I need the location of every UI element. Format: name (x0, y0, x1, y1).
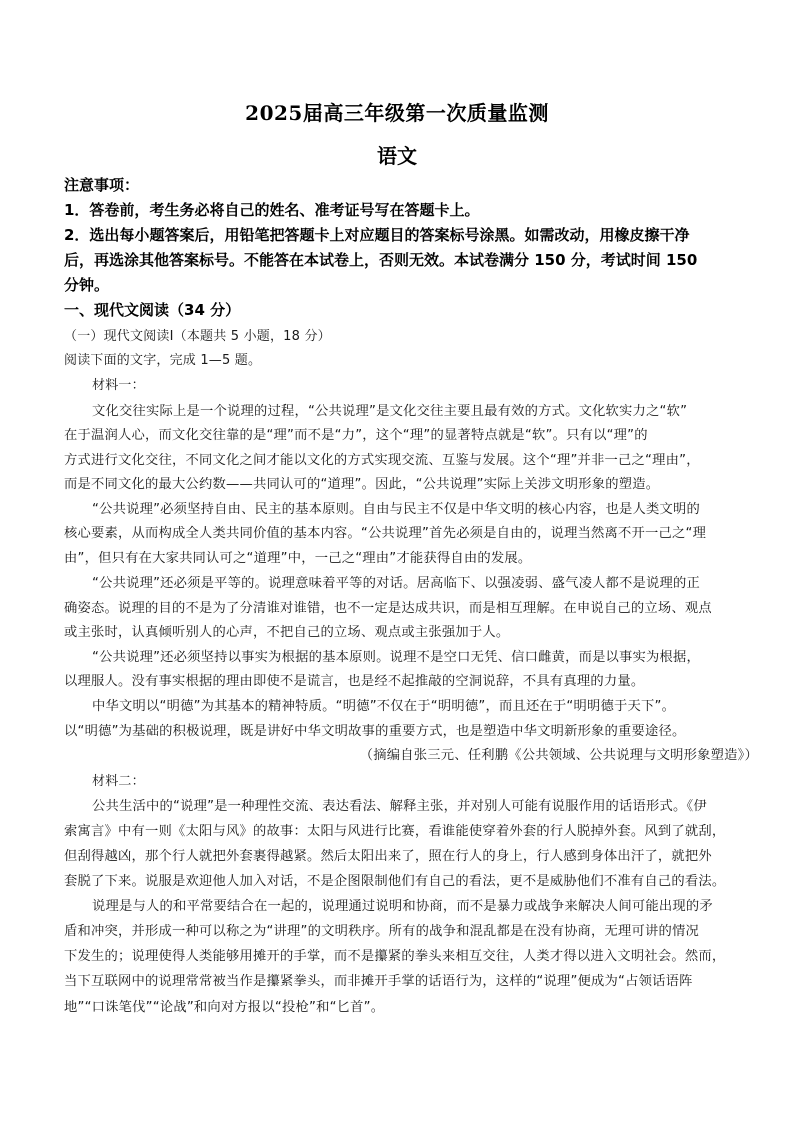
material1-line: 中华文明以“明德”为其基本的精神特质。“明德”不仅在于“明明德”，而且还在于“明… (92, 695, 675, 714)
notice-line-1: 1．答卷前，考生务必将自己的姓名、准考证号写在答题卡上。 (64, 199, 479, 220)
material2-line: 当下互联网中的说理常常被当作是攥紧拳头，而非摊开手掌的话语行为，这样的“说理”便… (64, 970, 693, 989)
material2-line: 地”“口诛笔伐”“论战”和向对方报以“投枪”和“匕首”。 (64, 996, 384, 1015)
material1-line: 方式进行文化交往，不同文化之间才能以文化的方式实现交流、互鉴与发展。这个“理”并… (64, 449, 700, 468)
material2-line: 下发生的；说理使得人类能够用摊开的手掌，而不是攥紧的拳头来相互交往，人类才得以进… (64, 945, 725, 964)
material2-label: 材料二： (92, 770, 145, 789)
material2-line: 说理是与人的和平常要结合在一起的，说理通过说明和协商，而不是暴力或战争来解决人间… (92, 895, 713, 914)
material1-line: “公共说理”还必须坚持以事实为根据的基本原则。说理不是空口无凭、信口雌黄，而是以… (92, 646, 700, 665)
notice-line-4: 分钟。 (64, 274, 109, 295)
material1-line: 或主张时，认真倾听别人的心声，不把自己的立场、观点或主张强加于人。 (64, 621, 509, 640)
material1-line: 在于温润人心，而文化交往靠的是“理”而不是“力”，这个“理”的显著特点就是“软”… (64, 424, 648, 443)
material1-line: 由”，但只有在大家共同认可之“道理”中，一己之“理由”才能获得自由的发展。 (64, 547, 531, 566)
notice-line-3: 后，再选涂其他答案标号。不能答在本试卷上，否则无效。本试卷满分 150 分，考试… (64, 249, 697, 270)
material1-line: “公共说理”还必须是平等的。说理意味着平等的对话。居高临下、以强凌弱、盛气凌人都… (92, 572, 700, 591)
material1-line: 而是不同文化的最大公约数——共同认可的“道理”。因此，“公共说理”实际上关涉文明… (64, 473, 659, 492)
section-subheading: （一）现代文阅读Ⅰ（本题共 5 小题，18 分） (64, 325, 331, 344)
material2-line: 索寓言》中有一则《太阳与风》的故事：太阳与风进行比赛，看谁能使穿着外套的行人脱掉… (64, 820, 725, 839)
material1-line: “公共说理”必须坚持自由、民主的基本原则。自由与民主不仅是中华文明的核心内容，也… (92, 498, 700, 517)
material1-line: 以理服人。没有事实根据的理由即使不是谎言，也是经不起推敲的空洞说辞，不具有真理的… (64, 670, 644, 689)
notice-line-2: 2．选出每小题答案后，用铅笔把答题卡上对应题目的答案标号涂黑。如需改动，用橡皮擦… (64, 224, 689, 245)
subject-title: 语文 (0, 140, 794, 169)
material2-line: 盾和冲突，并形成一种可以称之为“讲理”的文明秩序。所有的战争和混乱都是在没有协商… (64, 920, 699, 939)
exam-title: 2025届高三年级第一次质量监测 (0, 97, 794, 126)
notice-heading: 注意事项： (64, 174, 139, 195)
section-heading: 一、现代文阅读（34 分） (64, 299, 240, 320)
material2-line: 套脱了下来。说服是欢迎他人加入对话，不是企图限制他们有自己的看法，更不是威胁他们… (64, 870, 725, 889)
section-instruction: 阅读下面的文字，完成 1—5 题。 (64, 349, 261, 368)
material1-line: 确姿态。说理的目的不是为了分清谁对谁错，也不一定是达成共识，而是相互理解。在申说… (64, 597, 712, 616)
material1-line: 核心要素，从而构成全人类共同价值的基本内容。“公共说理”首先必须是自由的，说理当… (64, 522, 706, 541)
material1-source: （摘编自张三元、任利鹏《公共领域、公共说理与文明形象塑造》） (360, 744, 758, 763)
material1-line: 以“明德”为基础的积极说理，既是讲好中华文明故事的重要方式，也是塑造中华文明新形… (64, 720, 686, 739)
material2-line: 公共生活中的“说理”是一种理性交流、表达看法、解释主张，并对别人可能有说服作用的… (92, 795, 707, 814)
material2-line: 但刮得越凶，那个行人就把外套裹得越紧。然后太阳出来了，照在行人的身上，行人感到身… (64, 845, 712, 864)
exam-page: 2025届高三年级第一次质量监测 语文 注意事项： 1．答卷前，考生务必将自己的… (0, 0, 794, 1123)
material1-line: 文化交往实际上是一个说理的过程，“公共说理”是文化交往主要且最有效的方式。文化软… (92, 400, 687, 419)
material1-label: 材料一： (92, 374, 145, 393)
